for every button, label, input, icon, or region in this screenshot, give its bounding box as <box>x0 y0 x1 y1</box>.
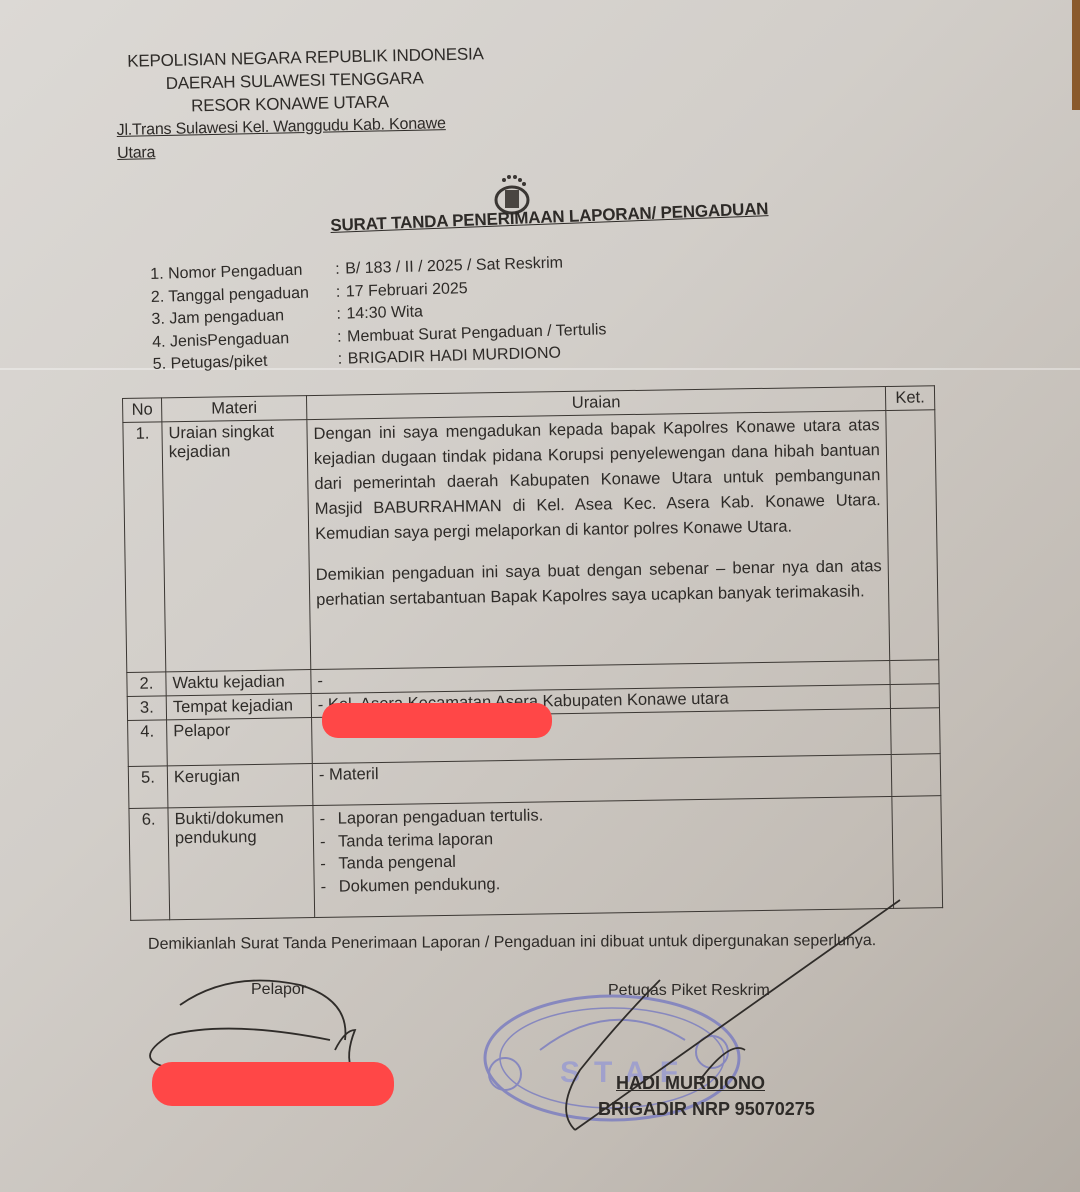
report-table: No Materi Uraian Ket. 1. Uraian singkat … <box>122 385 943 921</box>
row-materi: Uraian singkat kejadian <box>162 420 311 672</box>
col-header-no: No <box>123 398 162 423</box>
officer-rank: BRIGADIR NRP 95070275 <box>598 1099 815 1120</box>
table-row: 1. Uraian singkat kejadian Dengan ini sa… <box>123 410 939 673</box>
officer-name: HADI MURDIONO <box>616 1073 765 1094</box>
col-header-ket: Ket. <box>885 386 934 411</box>
reporter-redaction <box>322 703 552 738</box>
letterhead: KEPOLISIAN NEGARA REPUBLIK INDONESIA DAE… <box>115 42 487 165</box>
evidence-list: Laporan pengaduan tertulis. Tanda terima… <box>313 796 894 917</box>
complaint-time: 14:30 Wita <box>346 301 423 326</box>
closing-statement: Demikianlah Surat Tanda Penerimaan Lapor… <box>148 932 876 954</box>
duty-officer: BRIGADIR HADI MURDIONO <box>347 343 561 371</box>
reporter-signature-redaction <box>152 1062 394 1106</box>
table-row: 6. Bukti/dokumen pendukung Laporan penga… <box>129 796 943 921</box>
table-surface-edge <box>1072 0 1080 110</box>
reporter-signature-label: Pelapor <box>251 981 306 999</box>
col-header-materi: Materi <box>162 396 307 422</box>
complaint-date: 17 Februari 2025 <box>346 278 468 304</box>
document-title: SURAT TANDA PENERIMAAN LAPORAN/ PENGADUA… <box>330 199 769 236</box>
incident-description: Dengan ini saya mengadukan kepada bapak … <box>307 411 890 670</box>
letterhead-address: Jl.Trans Sulawesi Kel. Wanggudu Kab. Kon… <box>116 111 487 165</box>
officer-signature-label: Petugas Piket Reskrim <box>608 982 770 1000</box>
complaint-info: 1. Nomor Pengaduan:B/ 183 / II / 2025 / … <box>150 251 607 376</box>
